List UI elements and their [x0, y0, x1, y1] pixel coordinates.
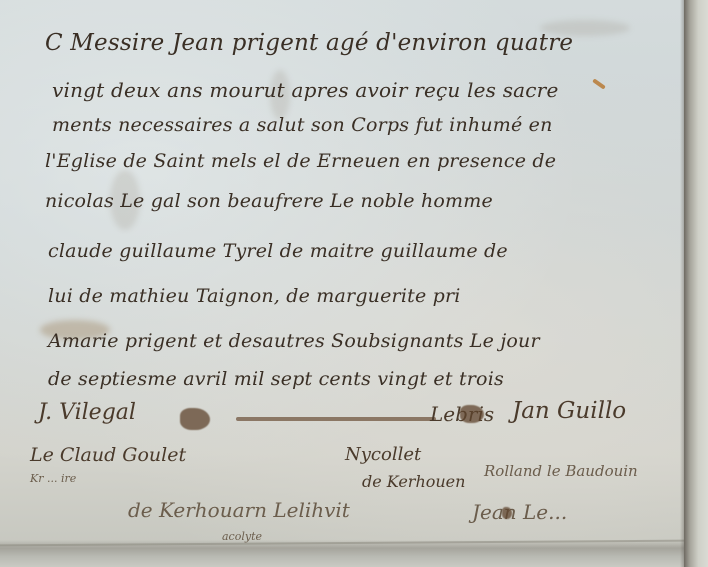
signature-flourish-blot: [180, 408, 210, 430]
entry-line-3: ments necessaires a salut son Corps fut …: [52, 114, 553, 136]
entry-line-9: de septiesme avril mil sept cents vingt …: [48, 368, 504, 390]
signature-jan-guillo: Jan Guillo: [512, 398, 626, 424]
entry-line-1: C Messire Jean prigent agé d'environ qua…: [45, 30, 573, 56]
entry-line-5: nicolas Le gal son beaufrere Le noble ho…: [45, 190, 493, 212]
entry-line-4: l'Eglise de Saint mels el de Erneuen en …: [45, 150, 556, 172]
entry-line-7: lui de mathieu Taignon, de marguerite pr…: [48, 285, 461, 307]
signature-jean-le: Jean Le...: [472, 500, 567, 524]
ochre-mark: [592, 78, 606, 89]
signature-de-kerhouarn: de Kerhouarn Lelihvit: [128, 498, 350, 522]
signature-rolland-baudouin: Rolland le Baudouin: [484, 462, 638, 480]
signature-de-kerhouen: de Kerhouen: [362, 472, 465, 491]
signature-claud-goulet: Le Claud Goulet: [30, 444, 186, 466]
signature-flourish-blot: [460, 405, 484, 423]
entry-line-8: Amarie prigent et desautres Soubsignants…: [48, 330, 540, 352]
entry-line-6: claude guillaume Tyrel de maitre guillau…: [48, 240, 508, 262]
signature-vilegal: J. Vilegal: [38, 400, 136, 425]
book-binding: [684, 0, 708, 567]
ink-blot: [502, 507, 512, 519]
signature-underline-stroke: [236, 417, 436, 421]
signature-nycollet: Nycollet: [345, 444, 421, 465]
register-page: C Messire Jean prigent agé d'environ qua…: [0, 0, 708, 567]
signature-note: Kr ... ire: [30, 472, 76, 485]
entry-line-2: vingt deux ans mourut apres avoir reçu l…: [52, 78, 558, 102]
